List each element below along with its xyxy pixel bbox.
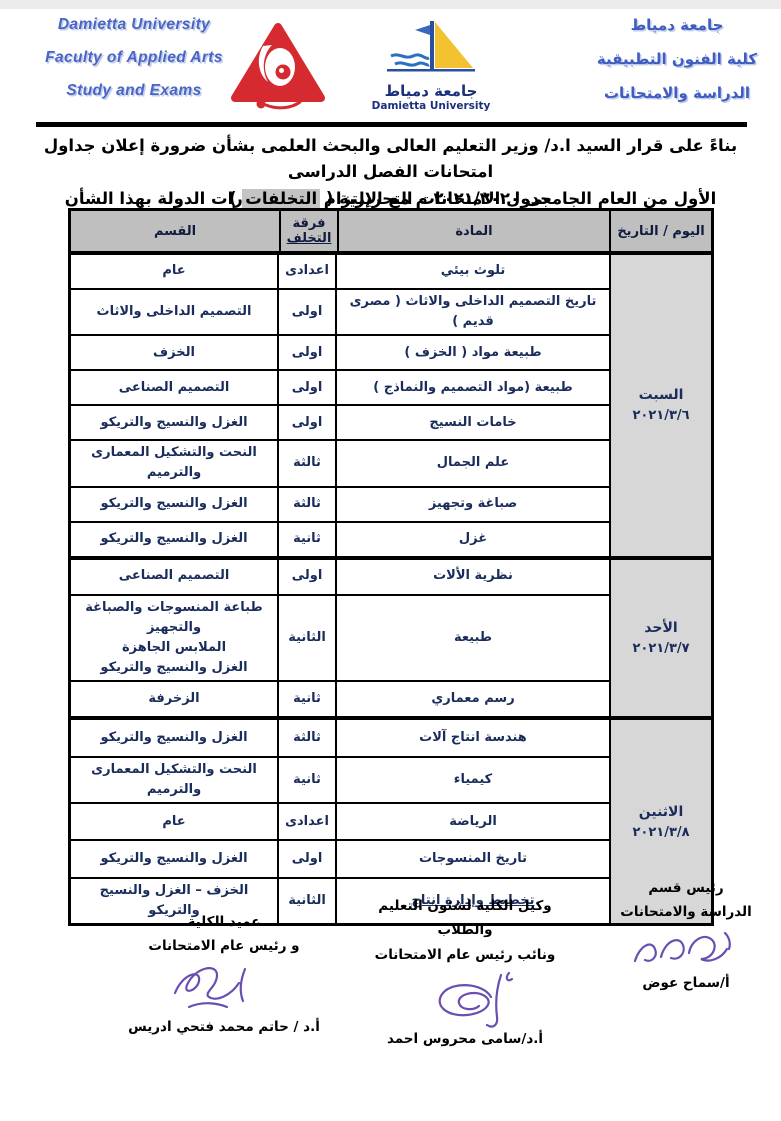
subject-cell: رسم معماري xyxy=(337,682,609,716)
header-en-line1: Damietta University xyxy=(24,16,244,34)
day-name: الاثنين xyxy=(639,804,684,820)
subject-cell: تلوث بيئي xyxy=(337,255,609,288)
document-page: Damietta University Faculty of Applied A… xyxy=(0,0,781,1121)
retake-year-cell: ثانية xyxy=(279,682,337,716)
subject-cell: نظرية الألات xyxy=(337,560,609,594)
exam-row: طبيعةالثانيةطباعة المنسوجات والصباغة وال… xyxy=(71,594,609,681)
retake-year-cell: اولى xyxy=(279,560,337,594)
signature-handwriting-icon xyxy=(627,925,745,973)
university-logo-icon xyxy=(373,18,489,80)
exam-row: علم الجمالثالثةالنحت والتشكيل المعمارى و… xyxy=(71,439,609,485)
department-cell: الخزف xyxy=(71,336,279,369)
header-retake-year-line2: التخلف xyxy=(287,231,332,246)
header-retake-year-line1: فرقة xyxy=(293,216,326,231)
exam-row: طبيعة (مواد التصميم والنماذج )اولىالتصمي… xyxy=(71,369,609,404)
header-ar-line2: كلية الفنون التطبيقية xyxy=(587,50,767,68)
signature-handwriting-icon xyxy=(159,959,289,1017)
exam-row: رسم معماريثانيةالزخرفة xyxy=(71,680,609,716)
subject-cell: طبيعة مواد ( الخزف ) xyxy=(337,336,609,369)
subject-cell: صباغة وتجهيز xyxy=(337,488,609,521)
retake-year-cell: اعدادى xyxy=(279,804,337,840)
subject-cell: خامات النسيج xyxy=(337,406,609,439)
header-english-text: Damietta University Faculty of Applied A… xyxy=(24,16,244,115)
day-date-cell: الأحد٢٠٢١/٣/٧ xyxy=(611,560,711,717)
scan-edge-strip xyxy=(0,0,781,9)
day-name: الأحد xyxy=(644,620,677,636)
group-rows: هندسة انتاج آلاتثالثةالغزل والنسيج والتر… xyxy=(71,720,611,923)
exam-row: طبيعة مواد ( الخزف )اولىالخزف xyxy=(71,334,609,369)
retake-year-cell: ثانية xyxy=(279,523,337,556)
department-cell: طباعة المنسوجات والصباغة والتجهيز الملاب… xyxy=(71,596,279,681)
exam-row: تلوث بيئياعدادىعام xyxy=(71,255,609,288)
table-title-highlight: التخلفات xyxy=(242,189,320,208)
header-day-date: اليوم / التاريخ xyxy=(611,211,711,251)
signature-title: وكيل الكلية لشئون التعليم والطلاب ونائب … xyxy=(352,894,578,967)
header-en-line2: Faculty of Applied Arts xyxy=(24,49,244,67)
department-cell: الغزل والنسيج والتريكو xyxy=(71,488,279,521)
retake-year-cell: ثالثة xyxy=(279,441,337,485)
faculty-of-applied-arts-logo-icon xyxy=(230,22,326,114)
department-cell: الغزل والنسيج والتريكو xyxy=(71,720,279,756)
subject-cell: كيمياء xyxy=(337,758,609,802)
exam-row: صباغة وتجهيزثالثةالغزل والنسيج والتريكو xyxy=(71,486,609,521)
table-header-row: اليوم / التاريخ المادة فرقة التخلف القسم xyxy=(71,211,711,255)
department-cell: عام xyxy=(71,804,279,840)
subject-cell: هندسة انتاج آلات xyxy=(337,720,609,756)
subject-cell: علم الجمال xyxy=(337,441,609,485)
signature-title: رئيس قسم الدراسة والامتحانات xyxy=(601,876,771,925)
retake-year-cell: ثالثة xyxy=(279,488,337,521)
subject-cell: طبيعة (مواد التصميم والنماذج ) xyxy=(337,371,609,404)
retake-year-cell: اولى xyxy=(279,371,337,404)
department-cell: الغزل والنسيج والتريكو xyxy=(71,523,279,556)
department-cell: التصميم الصناعى xyxy=(71,371,279,404)
department-cell: النحت والتشكيل المعمارى والترميم xyxy=(71,441,279,485)
subject-cell: الرياضة xyxy=(337,804,609,840)
day-date: ٢٠٢١/٣/٧ xyxy=(632,641,689,656)
signature-name: أ.د/سامى محروس احمد xyxy=(352,1031,578,1047)
day-group: الأحد٢٠٢١/٣/٧نظرية الألاتاولىالتصميم الص… xyxy=(71,556,711,717)
table-title-close: ) xyxy=(229,189,242,208)
university-logo: جامعة دمياط Damietta University xyxy=(366,18,496,112)
department-cell: عام xyxy=(71,255,279,288)
retake-year-cell: ثانية xyxy=(279,758,337,802)
signature-handwriting-icon xyxy=(395,967,535,1029)
subject-cell: طبيعة xyxy=(337,596,609,681)
group-rows: تلوث بيئياعدادىعامتاريخ التصميم الداخلى … xyxy=(71,255,611,556)
day-date: ٢٠٢١/٣/٦ xyxy=(632,408,689,423)
exam-row: خامات النسيجاولىالغزل والنسيج والتريكو xyxy=(71,404,609,439)
day-date: ٢٠٢١/٣/٨ xyxy=(632,825,689,840)
department-cell: الغزل والنسيج والتريكو xyxy=(71,841,279,877)
header-department: القسم xyxy=(71,211,281,251)
retake-year-cell: اعدادى xyxy=(279,255,337,288)
retake-year-cell: ثالثة xyxy=(279,720,337,756)
exam-row: غزلثانيةالغزل والنسيج والتريكو xyxy=(71,521,609,556)
exam-row: تاريخ التصميم الداخلى والاثاث ( مصرى قدي… xyxy=(71,288,609,334)
day-date-cell: السبت٢٠٢١/٣/٦ xyxy=(611,255,711,556)
exam-row: نظرية الألاتاولىالتصميم الصناعى xyxy=(71,560,609,594)
department-cell: النحت والتشكيل المعمارى والترميم xyxy=(71,758,279,802)
signature-name: أ.د / حاتم محمد فتحي ادريس xyxy=(108,1019,340,1035)
table-body: السبت٢٠٢١/٣/٦تلوث بيئياعدادىعامتاريخ الت… xyxy=(71,255,711,923)
day-name: السبت xyxy=(639,387,684,403)
table-title-text: جدول الامتحانات التحريرية ( xyxy=(320,189,552,208)
subject-cell: تاريخ المنسوجات xyxy=(337,841,609,877)
exam-row: كيمياءثانيةالنحت والتشكيل المعمارى والتر… xyxy=(71,756,609,802)
header-en-line3: Study and Exams xyxy=(24,82,244,100)
subject-cell: غزل xyxy=(337,523,609,556)
retake-year-cell: اولى xyxy=(279,406,337,439)
table-title: جدول الامتحانات التحريرية ( التخلفات ) xyxy=(34,189,747,208)
intro-line1: بناءً على قرار السيد ا.د/ وزير التعليم ا… xyxy=(34,133,747,186)
header-retake-year: فرقة التخلف xyxy=(281,211,339,251)
retake-year-cell: اولى xyxy=(279,336,337,369)
exam-row: تاريخ المنسوجاتاولىالغزل والنسيج والتريك… xyxy=(71,839,609,877)
department-cell: التصميم الصناعى xyxy=(71,560,279,594)
retake-year-cell: الثانية xyxy=(279,596,337,681)
header-ar-line1: جامعة دمياط xyxy=(587,16,767,34)
signature-block-vice-dean: وكيل الكلية لشئون التعليم والطلاب ونائب … xyxy=(352,894,578,1047)
signature-title: عميد الكلية و رئيس عام الامتحانات xyxy=(108,910,340,959)
university-logo-caption-en: Damietta University xyxy=(366,100,496,112)
signature-name: أ/سماح عوض xyxy=(601,975,771,991)
retake-year-cell: اولى xyxy=(279,841,337,877)
signature-block-dean: عميد الكلية و رئيس عام الامتحانات أ.د / … xyxy=(108,910,340,1035)
day-group: السبت٢٠٢١/٣/٦تلوث بيئياعدادىعامتاريخ الت… xyxy=(71,255,711,556)
department-cell: التصميم الداخلى والاثاث xyxy=(71,290,279,334)
header-subject: المادة xyxy=(339,211,611,251)
subject-cell: تاريخ التصميم الداخلى والاثاث ( مصرى قدي… xyxy=(337,290,609,334)
university-logo-caption-ar: جامعة دمياط xyxy=(366,82,496,100)
group-rows: نظرية الألاتاولىالتصميم الصناعىطبيعةالثا… xyxy=(71,560,611,717)
exam-row: الرياضةاعدادىعام xyxy=(71,802,609,840)
exam-row: هندسة انتاج آلاتثالثةالغزل والنسيج والتر… xyxy=(71,720,609,756)
header-ar-line3: الدراسة والامتحانات xyxy=(587,84,767,102)
signature-block-department-head: رئيس قسم الدراسة والامتحانات أ/سماح عوض xyxy=(601,876,771,991)
exam-schedule-table: اليوم / التاريخ المادة فرقة التخلف القسم… xyxy=(68,208,714,926)
department-cell: الغزل والنسيج والتريكو xyxy=(71,406,279,439)
department-cell: الزخرفة xyxy=(71,682,279,716)
header-arabic-text: جامعة دمياط كلية الفنون التطبيقية الدراس… xyxy=(587,16,767,118)
retake-year-cell: اولى xyxy=(279,290,337,334)
horizontal-rule xyxy=(36,122,747,127)
